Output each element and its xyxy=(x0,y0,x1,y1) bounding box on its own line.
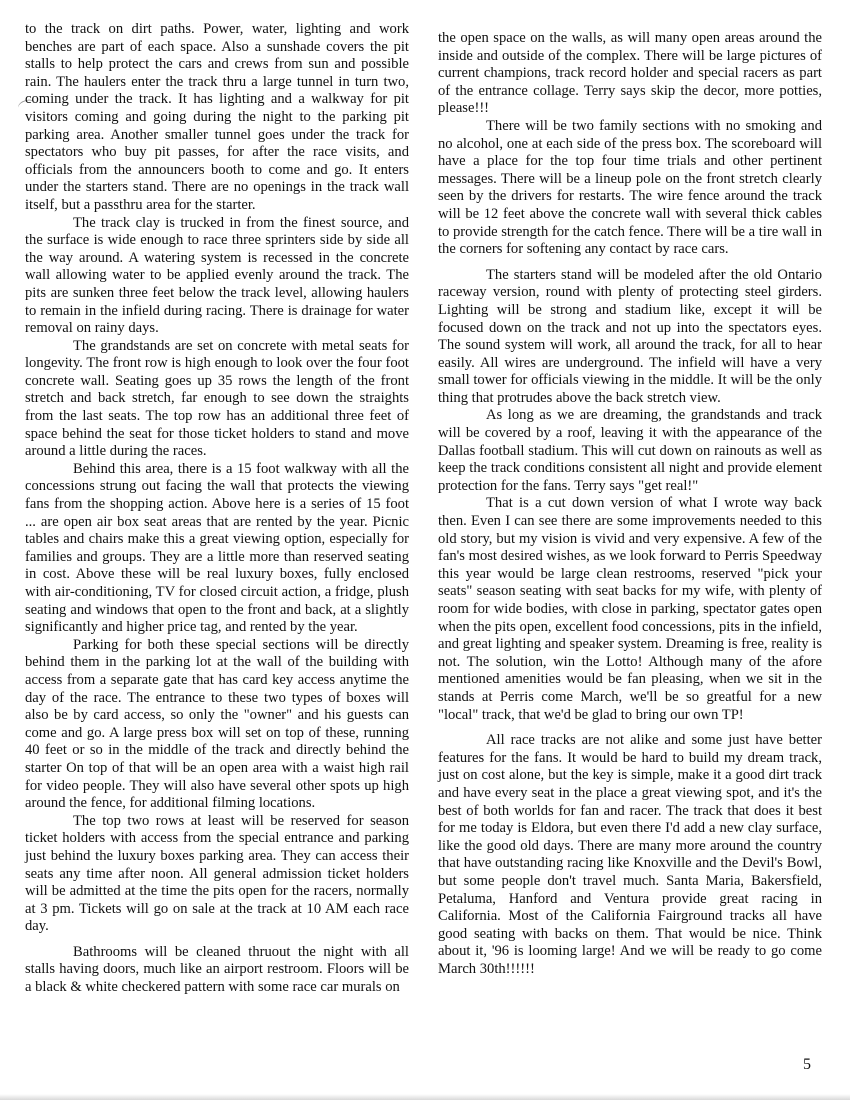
document-page: to the track on dirt paths. Power, water… xyxy=(0,0,850,1100)
paragraph-track-clay: The track clay is trucked in from the fi… xyxy=(25,215,409,338)
paragraph-starters-stand: The starters stand will be modeled after… xyxy=(438,267,822,408)
paragraph-fan-wishes: That is a cut down version of what I wro… xyxy=(438,495,822,724)
page-number: 5 xyxy=(803,1056,811,1074)
paragraph-pit-and-tunnels: to the track on dirt paths. Power, water… xyxy=(25,21,409,215)
paragraph-race-tracks: All race tracks are not alike and some j… xyxy=(438,732,822,978)
left-column: to the track on dirt paths. Power, water… xyxy=(25,21,409,997)
right-column: the open space on the walls, as will man… xyxy=(438,30,822,978)
paragraph-family-sections: There will be two family sections with n… xyxy=(438,118,822,259)
paragraph-roof-dream: As long as we are dreaming, the grandsta… xyxy=(438,407,822,495)
paragraph-season-tickets: The top two rows at least will be reserv… xyxy=(25,813,409,936)
paragraph-box-parking: Parking for both these special sections … xyxy=(25,637,409,813)
scan-bottom-edge xyxy=(0,1094,850,1100)
paragraph-bathrooms: Bathrooms will be cleaned thruout the ni… xyxy=(25,944,409,997)
paragraph-concessions-and-boxes: Behind this area, there is a 15 foot wal… xyxy=(25,461,409,637)
paragraph-murals-continued: the open space on the walls, as will man… xyxy=(438,30,822,118)
paragraph-grandstands: The grandstands are set on concrete with… xyxy=(25,338,409,461)
